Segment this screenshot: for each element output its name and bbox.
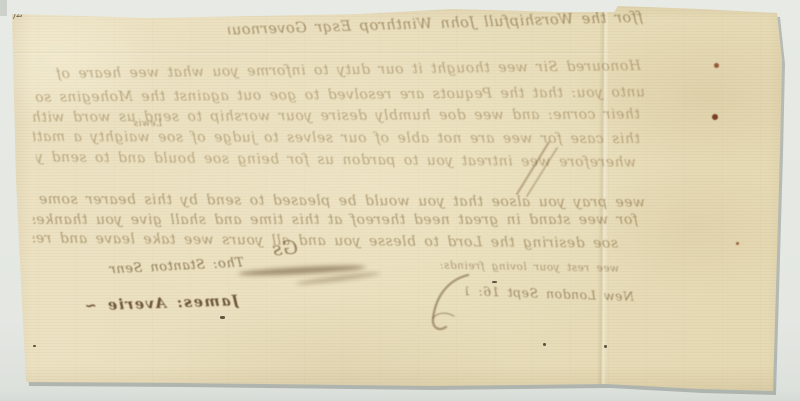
signature-averie: James: Averie ~ <box>77 293 239 315</box>
body-line: soe desiring the Lord to blesse you and … <box>33 230 618 251</box>
scan-corner-shade <box>0 0 7 16</box>
body-line: Honoured Sir wee thought it our duty to … <box>56 58 641 82</box>
signature-stanton: Tho: Stanton Senr <box>66 256 245 280</box>
handwriting-layer: ffor the Worshipfull John Winthrop Esqr … <box>0 0 800 401</box>
manuscript-paper: ⁊2 ffor the Worshipfull John Winthrop Es… <box>0 0 800 401</box>
pen-slashes <box>503 140 563 200</box>
body-line: for wee stand in great need thereof at t… <box>33 212 638 228</box>
dateline: New London Sept 16: 1669 <box>466 284 634 304</box>
dateline-flourish <box>416 272 478 334</box>
address-heading: ffor the Worshipfull John Winthrop Esqr … <box>228 9 643 39</box>
signature-flourish: Gs <box>243 237 299 264</box>
interline-note: Lewis <box>126 119 162 129</box>
body-line: their corne: and wee doe humbly desire y… <box>33 106 640 125</box>
scan-background: ⁊2 ffor the Worshipfull John Winthrop Es… <box>0 0 800 401</box>
body-line: unto you: that the Pequots are resolved … <box>33 84 645 105</box>
